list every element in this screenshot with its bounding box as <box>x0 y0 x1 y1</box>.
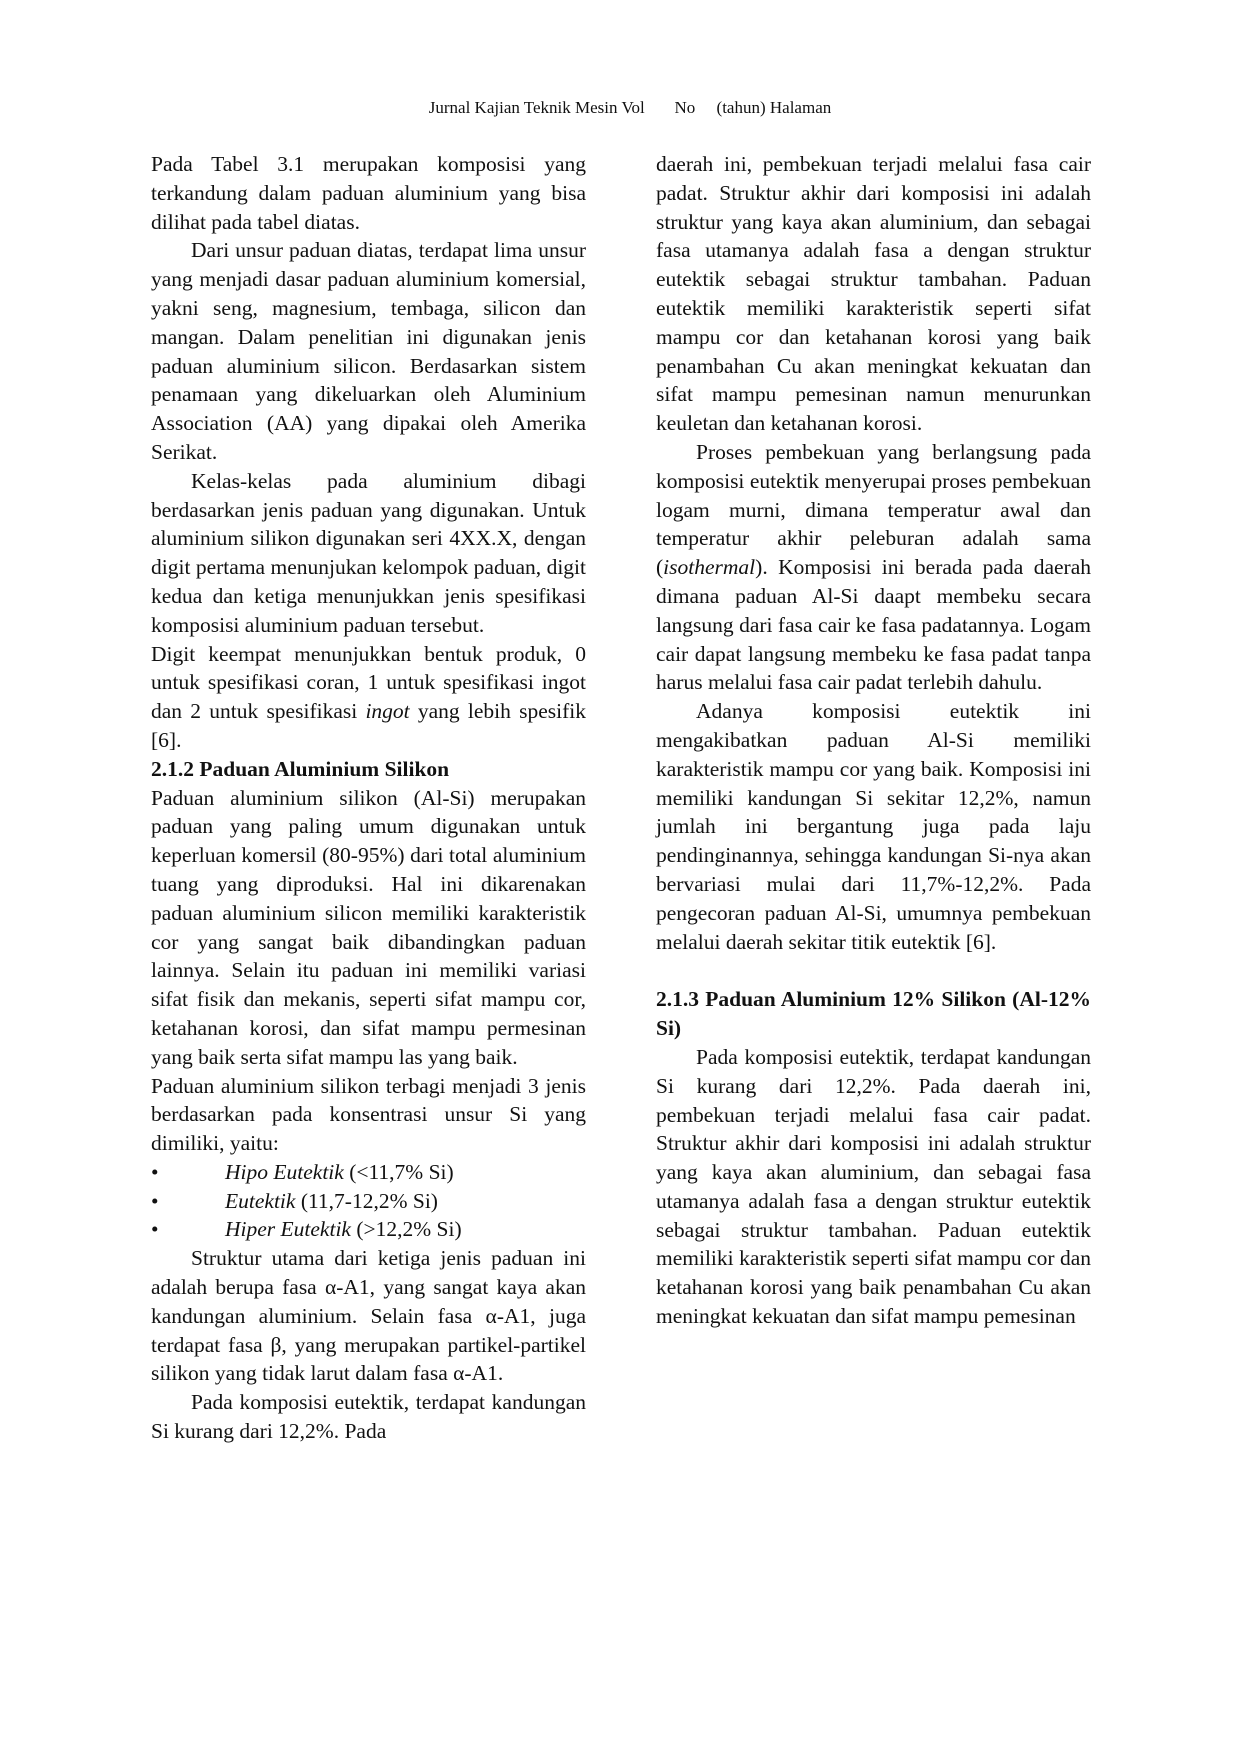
paragraph: Paduan aluminium silikon terbagi menjadi… <box>151 1072 586 1158</box>
left-column: Pada Tabel 3.1 merupakan komposisi yang … <box>151 150 586 1446</box>
italic-term: Eutektik <box>225 1189 295 1213</box>
section-heading-2-1-2: 2.1.2 Paduan Aluminium Silikon <box>151 755 586 784</box>
paragraph: Paduan aluminium silikon (Al-Si) merupak… <box>151 784 586 1072</box>
section-heading-2-1-3: 2.1.3 Paduan Aluminium 12% Silikon (Al-1… <box>656 985 1091 1043</box>
right-column: daerah ini, pembekuan terjadi melalui fa… <box>656 150 1091 1331</box>
italic-term: Hiper Eutektik <box>225 1217 351 1241</box>
paragraph: Pada komposisi eutektik, terdapat kandun… <box>656 1043 1091 1331</box>
list-item-text: (11,7-12,2% Si) <box>295 1189 438 1213</box>
list-item-text: (<11,7% Si) <box>344 1160 454 1184</box>
paragraph: Digit keempat menunjukkan bentuk produk,… <box>151 640 586 755</box>
bullet-icon: • <box>151 1215 159 1244</box>
paragraph: Proses pembekuan yang berlangsung pada k… <box>656 438 1091 697</box>
bullet-list: •Hipo Eutektik (<11,7% Si) •Eutektik (11… <box>151 1158 586 1244</box>
running-header: Jurnal Kajian Teknik Mesin Vol No (tahun… <box>0 98 1240 118</box>
list-item: •Hipo Eutektik (<11,7% Si) <box>151 1158 586 1187</box>
italic-term: isothermal <box>663 555 755 579</box>
italic-term: Hipo Eutektik <box>225 1160 344 1184</box>
bullet-icon: • <box>151 1187 159 1216</box>
list-item: •Eutektik (11,7-12,2% Si) <box>151 1187 586 1216</box>
bullet-icon: • <box>151 1158 159 1187</box>
paragraph: Kelas-kelas pada aluminium dibagi berdas… <box>151 467 586 640</box>
paragraph: Struktur utama dari ketiga jenis paduan … <box>151 1244 586 1388</box>
list-item-text: (>12,2% Si) <box>351 1217 462 1241</box>
paragraph: Pada Tabel 3.1 merupakan komposisi yang … <box>151 150 586 236</box>
list-item: •Hiper Eutektik (>12,2% Si) <box>151 1215 586 1244</box>
italic-term: ingot <box>365 699 409 723</box>
paragraph: Pada komposisi eutektik, terdapat kandun… <box>151 1388 586 1446</box>
paragraph: daerah ini, pembekuan terjadi melalui fa… <box>656 150 1091 438</box>
paragraph: Adanya komposisi eutektik ini mengakibat… <box>656 697 1091 956</box>
paragraph: Dari unsur paduan diatas, terdapat lima … <box>151 236 586 466</box>
